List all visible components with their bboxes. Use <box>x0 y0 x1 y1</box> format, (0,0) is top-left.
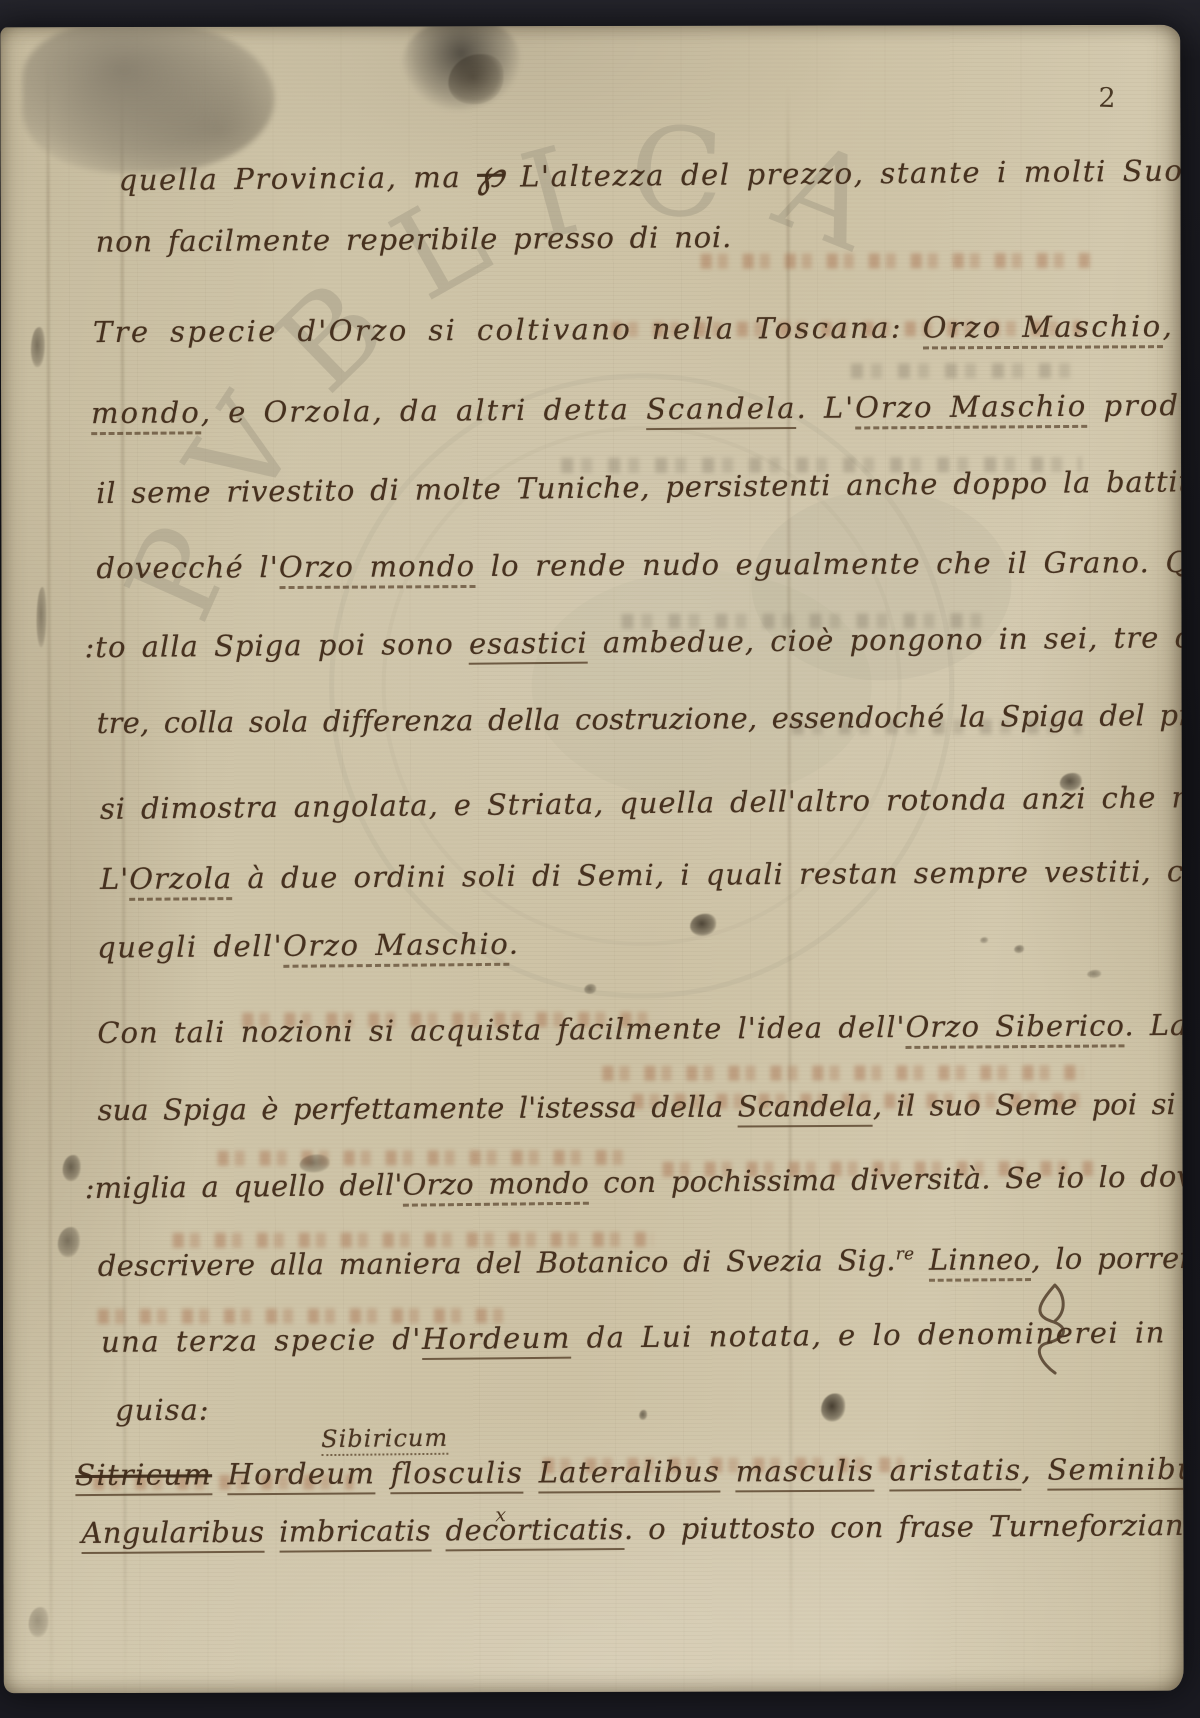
text-segment: quegli dell' <box>97 929 283 965</box>
text-segment: produce— <box>1087 387 1184 422</box>
text-segment: à due ordini soli di Semi, i quali resta… <box>232 854 1184 895</box>
ink-blot <box>31 327 45 367</box>
underlined-term: Angularibus <box>81 1515 264 1554</box>
manuscript-line: L'Orzola à due ordini soli di Semi, i qu… <box>100 854 1184 896</box>
manuscript-line: :to alla Spiga poi sono esastici ambedue… <box>84 619 1183 664</box>
manuscript-line: :miglia a quello dell'Orzo mondo con poc… <box>85 1159 1184 1206</box>
text-segment: , il suo Seme poi si rasso= <box>873 1086 1184 1122</box>
manuscript-text-layer: quella Provincia, ma ℘ L'altezza del pre… <box>0 25 1183 1693</box>
text-segment: . <box>509 927 520 961</box>
text-segment: il seme rivestito di molte Tuniche, pers… <box>96 464 1184 511</box>
underlined-term: Scandela <box>738 1089 873 1128</box>
manuscript-line: Tre specie d'Orzo si coltivano nella Tos… <box>93 309 1184 350</box>
pen-flourish <box>1021 1281 1083 1377</box>
underlined-term: imbricatis <box>279 1513 431 1552</box>
text-segment: , lo porrei <box>1031 1241 1184 1276</box>
text-segment <box>375 1456 391 1490</box>
underlined-term: aristatis <box>890 1453 1022 1492</box>
underlined-term: decorticatis <box>445 1512 624 1551</box>
underlined-term: Orzo Maschio <box>855 389 1087 430</box>
manuscript-line: Angularibus imbricatis decorticatis. o p… <box>81 1508 1183 1550</box>
manuscript-line: Sitricum Hordeum flosculis Lateralibus m… <box>75 1452 1184 1492</box>
insertion-caret: x <box>495 1504 506 1526</box>
manuscript-page: PVBLICA 2 quella Provincia, ma ℘ L'altez… <box>0 25 1183 1693</box>
underlined-term: Sibiricum <box>321 1424 448 1456</box>
text-segment: una terza specie d' <box>101 1322 422 1359</box>
underlined-term: Sitricum <box>75 1457 212 1496</box>
underlined-term: flosculis <box>391 1456 524 1495</box>
text-segment: con pochissima diversità. Se io lo doves… <box>589 1159 1184 1200</box>
text-segment <box>874 1454 890 1488</box>
text-segment: guisa: <box>115 1393 210 1428</box>
underlined-term: Lateralibus <box>539 1454 721 1493</box>
underlined-term: Scandela <box>646 391 797 430</box>
text-segment: L' <box>100 862 129 896</box>
manuscript-line: sua Spiga è perfettamente l'istessa dell… <box>97 1086 1183 1127</box>
underlined-term: masculis <box>736 1454 875 1493</box>
manuscript-line: non facilmente reperibile presso di noi. <box>96 220 733 259</box>
text-segment: re <box>896 1243 915 1263</box>
underlined-term: mondo <box>91 395 201 435</box>
manuscript-line: dovecché l'Orzo mondo lo rende nudo egua… <box>96 545 1183 586</box>
manuscript-line: quegli dell'Orzo Maschio. <box>97 927 520 965</box>
inserted-word: Sibiricum <box>321 1424 448 1453</box>
manuscript-line: si dimostra angolata, e Striata, quella … <box>100 780 1184 826</box>
underlined-term: Orzo Maschio <box>923 309 1163 349</box>
text-segment <box>264 1515 279 1549</box>
text-segment: , e Orzola, da altri detta <box>201 392 647 429</box>
text-segment: si dimostra angolata, e Striata, quella … <box>100 780 1184 826</box>
scan-background: PVBLICA 2 quella Provincia, ma ℘ L'altez… <box>0 0 1200 1718</box>
manuscript-line: Con tali nozioni si acquista facilmente … <box>97 1008 1183 1050</box>
underlined-term: Hordeum <box>227 1456 375 1495</box>
underlined-term: Hordeum <box>422 1321 571 1360</box>
text-segment: ambedue, cioè pongono in sei, tre contro <box>588 619 1184 659</box>
manuscript-line: quella Provincia, ma ℘ L'altezza del pre… <box>118 144 1183 200</box>
ink-blot <box>584 984 596 994</box>
ink-blot <box>1014 945 1024 953</box>
text-segment: tre, colla sola differenza della costruz… <box>97 698 1184 740</box>
underlined-term: Orzo mondo <box>279 549 475 589</box>
text-segment <box>914 1243 929 1277</box>
underlined-term: Orzo Siberico <box>905 1008 1124 1049</box>
text-segment: , <box>1162 309 1183 343</box>
text-segment: . o piuttosto con frase Turneforziana: <box>624 1508 1184 1546</box>
text-segment: descrivere alla maniera del Botanico di … <box>98 1243 896 1283</box>
underlined-term: esastici <box>469 626 588 665</box>
text-segment <box>523 1455 539 1489</box>
struck-text: ℘ <box>477 152 505 197</box>
manuscript-line: descrivere alla maniera del Botanico di … <box>98 1241 1184 1283</box>
text-segment: , <box>1021 1453 1047 1487</box>
text-segment: da Lui notata, e lo denominerei in tal <box>571 1315 1184 1355</box>
paper-stain-top-left <box>22 25 274 173</box>
text-segment: :to alla Spiga poi sono <box>84 627 469 664</box>
ink-blot <box>980 937 988 943</box>
text-segment: sua Spiga è perfettamente l'istessa dell… <box>97 1090 737 1128</box>
ink-blot <box>36 587 46 647</box>
manuscript-line: tre, colla sola differenza della costruz… <box>97 698 1184 740</box>
text-segment: . L' <box>796 391 855 425</box>
underlined-term: Seminibus <box>1047 1452 1183 1491</box>
manuscript-line: guisa: <box>115 1393 210 1428</box>
text-segment: L'altezza del prezzo, stante i molti Suo… <box>504 152 1184 193</box>
text-segment <box>431 1513 446 1547</box>
ink-blot <box>639 1410 647 1420</box>
text-segment <box>720 1454 736 1488</box>
underlined-term: Orzo mondo <box>402 1166 589 1207</box>
text-segment: :miglia a quello dell' <box>85 1168 403 1205</box>
underlined-term: Orzola <box>129 861 232 901</box>
text-segment: lo rende nudo egualmente che il Grano. Q… <box>475 545 1184 583</box>
text-segment: dovecché l' <box>96 550 279 585</box>
text-segment <box>212 1457 228 1491</box>
text-segment: . La <box>1124 1008 1183 1042</box>
underlined-term: Linneo <box>929 1242 1032 1282</box>
underlined-term: Orzo Maschio <box>283 927 509 968</box>
text-segment: Tre specie d'Orzo si coltivano nella Tos… <box>93 310 923 349</box>
text-segment: non facilmente reperibile presso di noi. <box>96 220 733 259</box>
manuscript-line: il seme rivestito di molte Tuniche, pers… <box>96 464 1184 511</box>
manuscript-line: mondo, e Orzola, da altri detta Scandela… <box>91 387 1184 430</box>
text-segment: Con tali nozioni si acquista facilmente … <box>97 1010 905 1050</box>
